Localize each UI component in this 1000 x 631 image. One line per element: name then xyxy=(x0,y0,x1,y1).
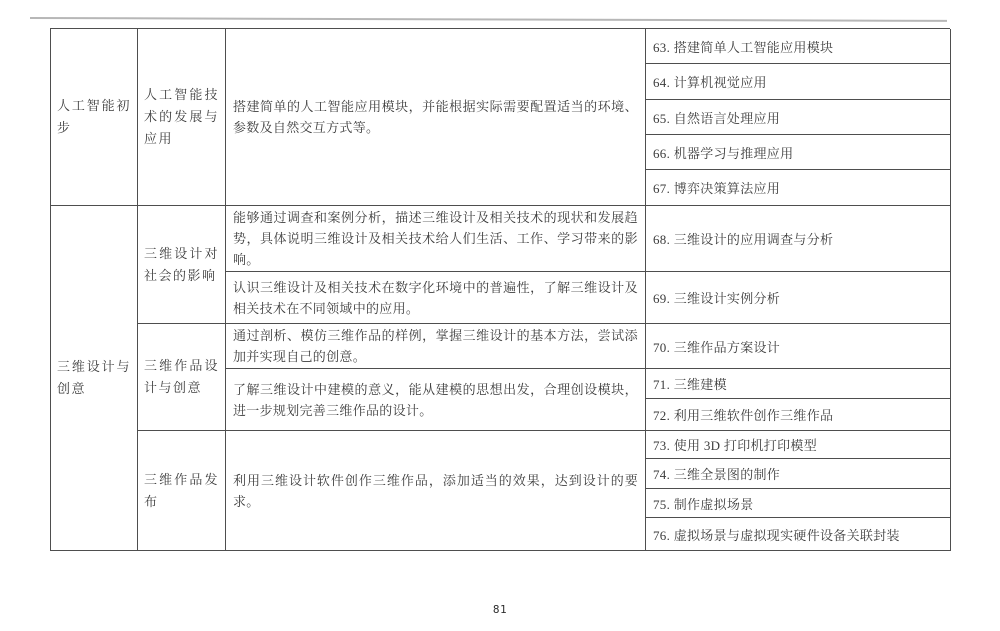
item-cell-63: 63. 搭建简单人工智能应用模块 xyxy=(646,29,951,64)
description-cell-3d-publish: 利用三维设计软件创作三维作品，添加适当的效果，达到设计的要求。 xyxy=(226,431,646,551)
topic-label: 人工智能技术的发展与应用 xyxy=(138,84,225,150)
item-text: 65. 自然语言处理应用 xyxy=(646,108,950,127)
item-text: 71. 三维建模 xyxy=(646,374,950,393)
description-cell-3d-methods: 通过剖析、模仿三维作品的样例，掌握三维设计的基本方法，尝试添加并实现自己的创意。 xyxy=(226,324,646,369)
category-label: 三维设计与创意 xyxy=(51,356,137,400)
item-text: 76. 虚拟场景与虚拟现实硬件设备关联封装 xyxy=(646,525,950,544)
item-cell-75: 75. 制作虚拟场景 xyxy=(646,489,951,518)
item-text: 69. 三维设计实例分析 xyxy=(646,288,950,307)
description-text: 认识三维设计及相关技术在数字化环境中的普遍性，了解三维设计及相关技术在不同领域中… xyxy=(226,276,645,320)
topic-label: 三维作品发布 xyxy=(138,469,225,513)
description-cell-3d-modeling: 了解三维设计中建模的意义，能从建模的思想出发，合理创设模块，进一步规划完善三维作… xyxy=(226,369,646,431)
description-cell-ai: 搭建简单的人工智能应用模块，并能根据实际需要配置适当的环境、参数及自然交互方式等… xyxy=(226,29,646,206)
item-cell-74: 74. 三维全景图的制作 xyxy=(646,459,951,489)
item-text: 67. 博弈决策算法应用 xyxy=(646,178,950,197)
category-label: 人工智能初步 xyxy=(51,95,137,139)
topic-cell-ai-development: 人工智能技术的发展与应用 xyxy=(138,29,226,206)
item-cell-72: 72. 利用三维软件创作三维作品 xyxy=(646,399,951,431)
topic-label: 三维设计对社会的影响 xyxy=(138,243,225,287)
topic-label: 三维作品设计与创意 xyxy=(138,355,225,399)
item-text: 70. 三维作品方案设计 xyxy=(646,337,950,356)
description-text: 利用三维设计软件创作三维作品，添加适当的效果，达到设计的要求。 xyxy=(226,469,645,513)
curriculum-table: 人工智能初步 人工智能技术的发展与应用 搭建简单的人工智能应用模块，并能根据实际… xyxy=(50,28,950,551)
description-cell-3d-ubiquity: 认识三维设计及相关技术在数字化环境中的普遍性，了解三维设计及相关技术在不同领域中… xyxy=(226,272,646,324)
description-text: 搭建简单的人工智能应用模块，并能根据实际需要配置适当的环境、参数及自然交互方式等… xyxy=(226,95,645,139)
item-cell-73: 73. 使用 3D 打印机打印模型 xyxy=(646,431,951,459)
item-cell-68: 68. 三维设计的应用调查与分析 xyxy=(646,206,951,272)
description-text: 通过剖析、模仿三维作品的样例，掌握三维设计的基本方法，尝试添加并实现自己的创意。 xyxy=(226,324,645,368)
item-text: 72. 利用三维软件创作三维作品 xyxy=(646,405,950,424)
item-cell-65: 65. 自然语言处理应用 xyxy=(646,100,951,135)
item-cell-70: 70. 三维作品方案设计 xyxy=(646,324,951,369)
item-cell-67: 67. 博弈决策算法应用 xyxy=(646,170,951,206)
item-cell-64: 64. 计算机视觉应用 xyxy=(646,64,951,100)
item-text: 66. 机器学习与推理应用 xyxy=(646,143,950,162)
item-cell-69: 69. 三维设计实例分析 xyxy=(646,272,951,324)
item-text: 73. 使用 3D 打印机打印模型 xyxy=(646,435,950,454)
item-cell-71: 71. 三维建模 xyxy=(646,369,951,399)
description-text: 了解三维设计中建模的意义，能从建模的思想出发，合理创设模块，进一步规划完善三维作… xyxy=(226,378,645,422)
topic-cell-3d-publish: 三维作品发布 xyxy=(138,431,226,551)
topic-cell-3d-creation: 三维作品设计与创意 xyxy=(138,324,226,431)
item-text: 68. 三维设计的应用调查与分析 xyxy=(646,229,950,248)
document-page: { "page_number": "81", "table": { "secti… xyxy=(0,0,1000,631)
item-cell-66: 66. 机器学习与推理应用 xyxy=(646,135,951,170)
item-cell-76: 76. 虚拟场景与虚拟现实硬件设备关联封装 xyxy=(646,518,951,551)
item-text: 75. 制作虚拟场景 xyxy=(646,494,950,513)
topic-cell-3d-society: 三维设计对社会的影响 xyxy=(138,206,226,324)
category-cell-3d: 三维设计与创意 xyxy=(51,206,138,551)
item-text: 64. 计算机视觉应用 xyxy=(646,72,950,91)
item-text: 63. 搭建简单人工智能应用模块 xyxy=(646,37,950,56)
item-text: 74. 三维全景图的制作 xyxy=(646,464,950,483)
description-cell-3d-survey: 能够通过调查和案例分析，描述三维设计及相关技术的现状和发展趋势，具体说明三维设计… xyxy=(226,206,646,272)
scan-edge-line xyxy=(30,17,947,21)
page-number: 81 xyxy=(0,603,1000,616)
description-text: 能够通过调查和案例分析，描述三维设计及相关技术的现状和发展趋势，具体说明三维设计… xyxy=(226,206,645,271)
category-cell-ai: 人工智能初步 xyxy=(51,29,138,206)
